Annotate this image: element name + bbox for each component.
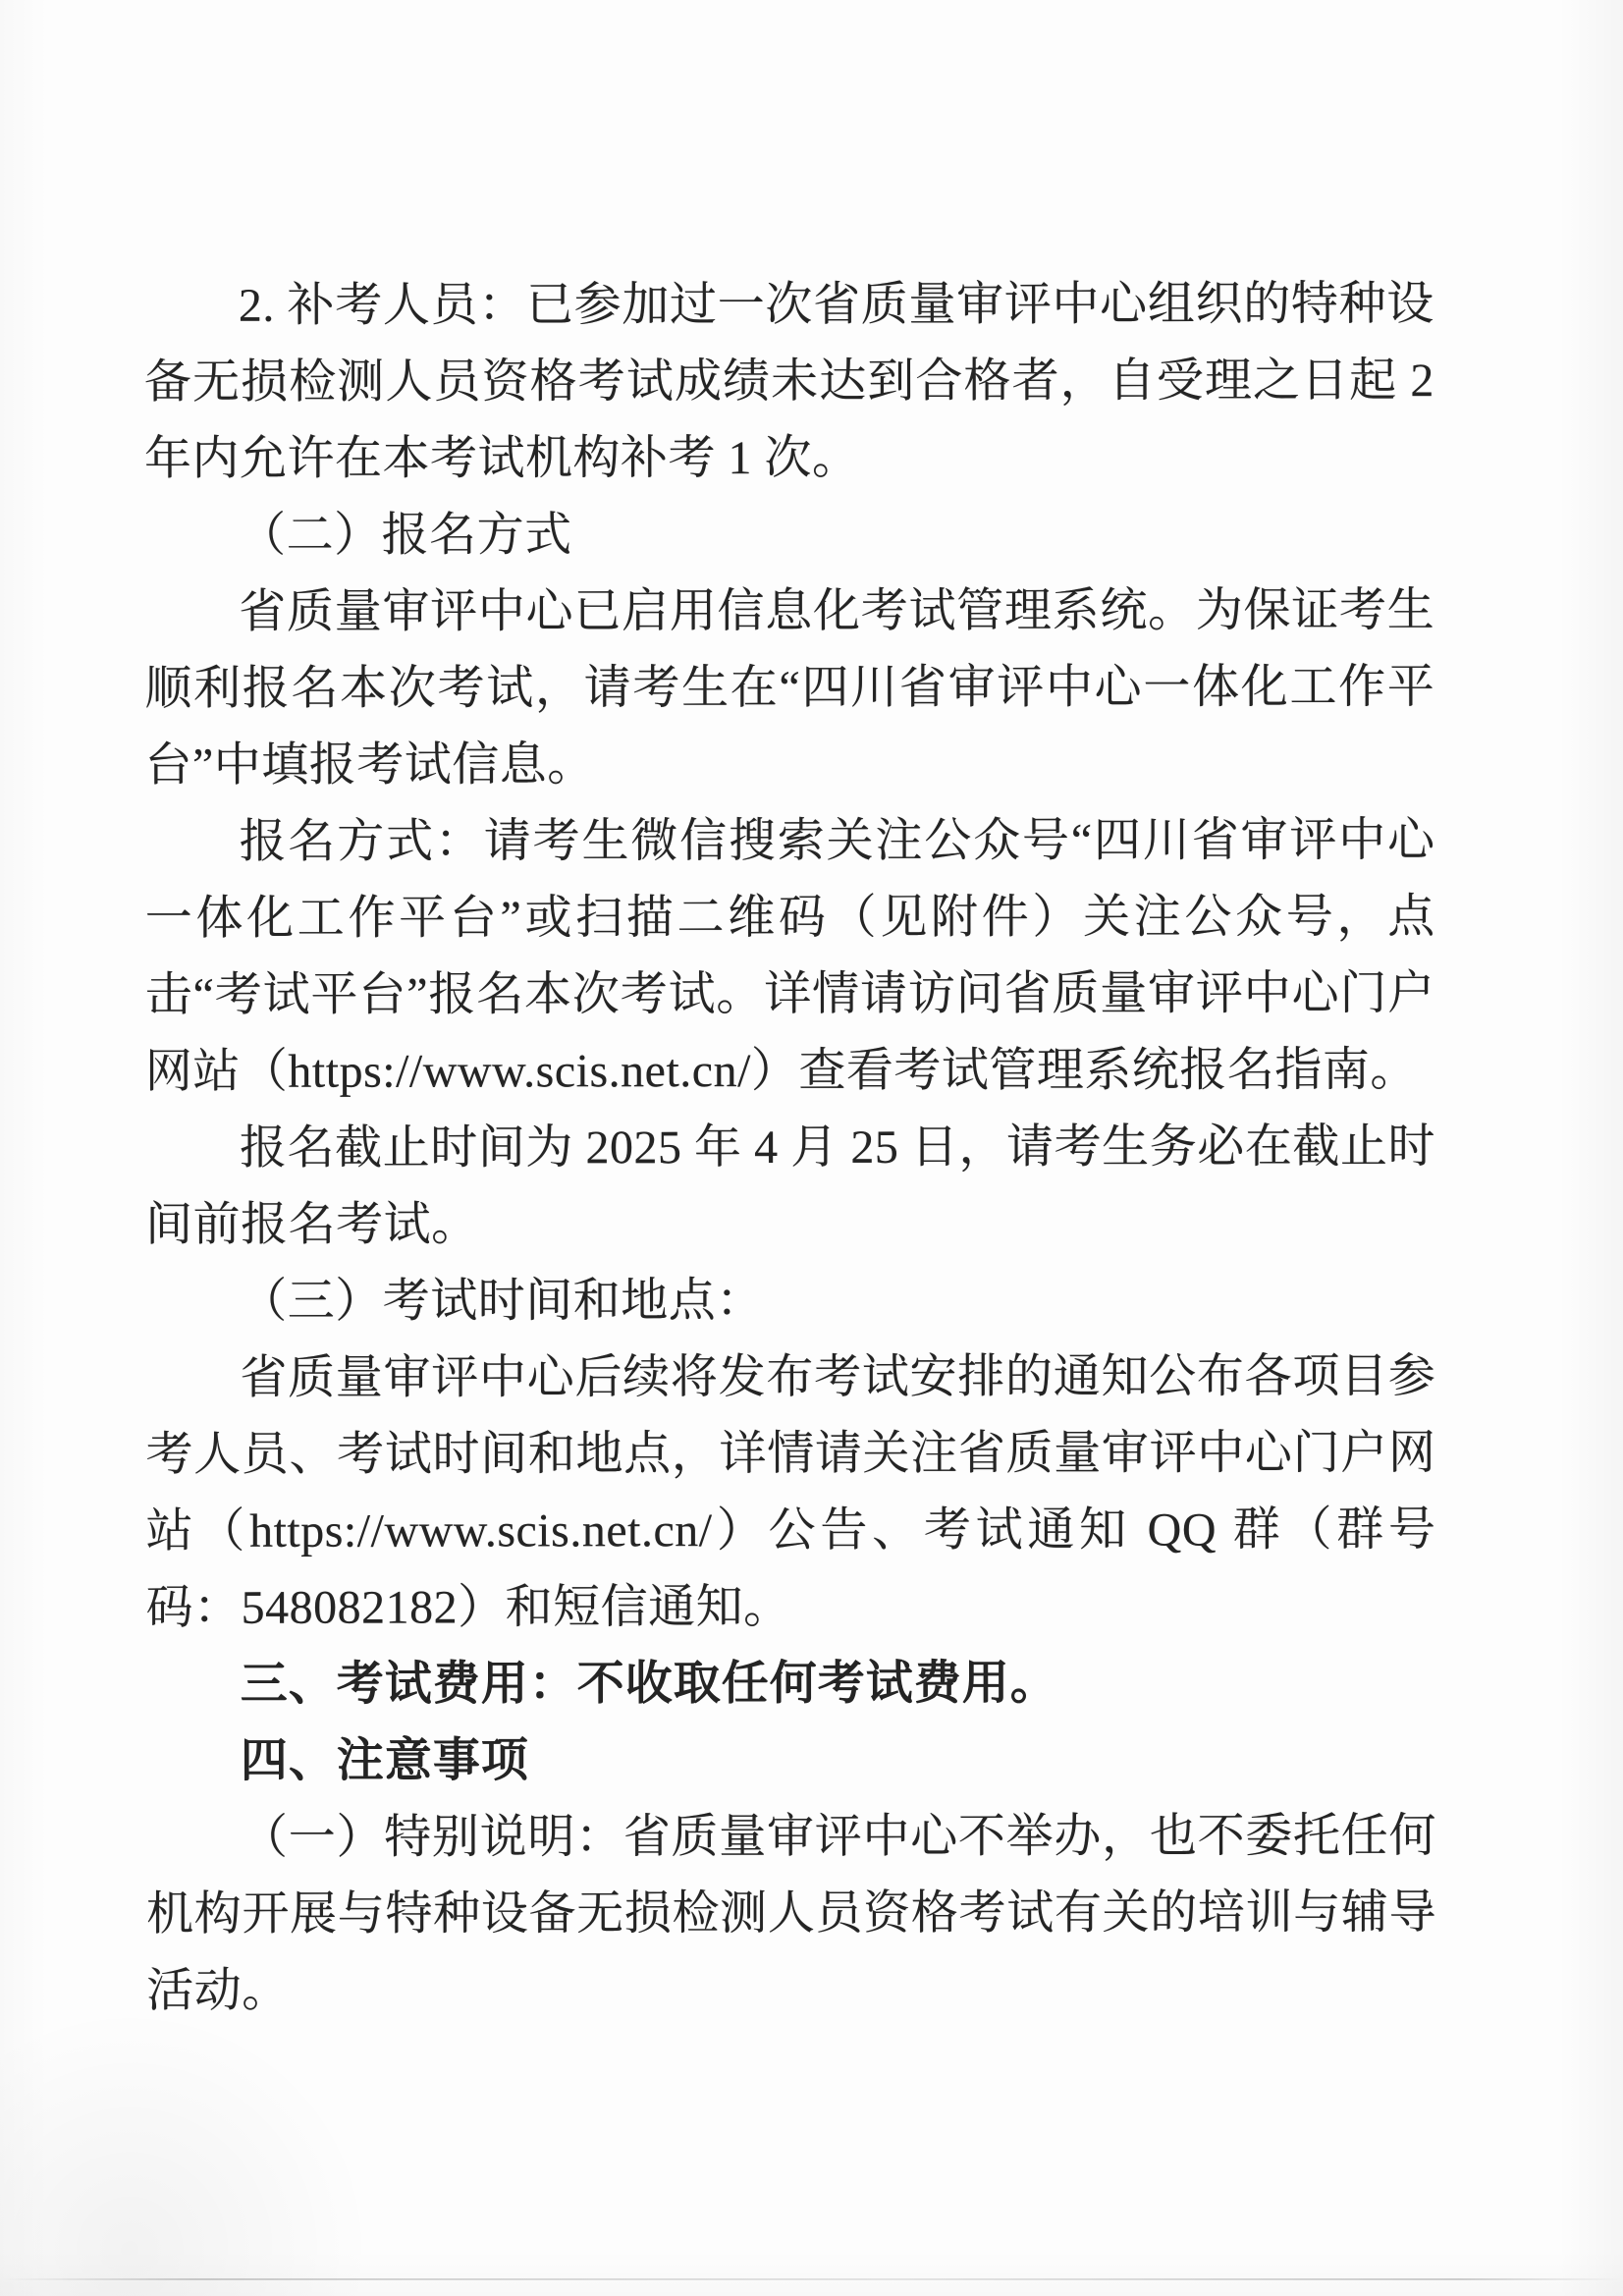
document-page: 2. 补考人员：已参加过一次省质量审评中心组织的特种设备无损检测人员资格考试成绩… (0, 0, 1623, 2296)
paragraph-7: 省质量审评中心后续将发布考试安排的通知公布各项目参考人员、考试时间和地点，详情请… (145, 1339, 1435, 1647)
paragraph-1: 2. 补考人员：已参加过一次省质量审评中心组织的特种设备无损检测人员资格考试成绩… (144, 266, 1434, 498)
paragraph-10: （一）特别说明：省质量审评中心不举办，也不委托任何机构开展与特种设备无损检测人员… (146, 1798, 1436, 2030)
paragraph-6: （三）考试时间和地点： (145, 1262, 1435, 1340)
paragraph-3: 省质量审评中心已启用信息化考试管理系统。为保证考生顺利报名本次考试，请考生在“四… (144, 573, 1434, 804)
paragraph-5: 报名截止时间为 2025 年 4 月 25 日，请考生务必在截止时间前报名考试。 (145, 1109, 1435, 1264)
document-content: 2. 补考人员：已参加过一次省质量审评中心组织的特种设备无损检测人员资格考试成绩… (144, 266, 1437, 2030)
paragraph-2: （二）报名方式 (144, 496, 1434, 574)
paragraph-9: 四、注意事项 (146, 1722, 1436, 1800)
scan-artifact-line (0, 2278, 1623, 2280)
paragraph-4: 报名方式：请考生微信搜索关注公众号“四川省审评中心一体化工作平台”或扫描二维码（… (145, 802, 1435, 1111)
paragraph-8: 三、考试费用：不收取任何考试费用。 (146, 1645, 1436, 1723)
